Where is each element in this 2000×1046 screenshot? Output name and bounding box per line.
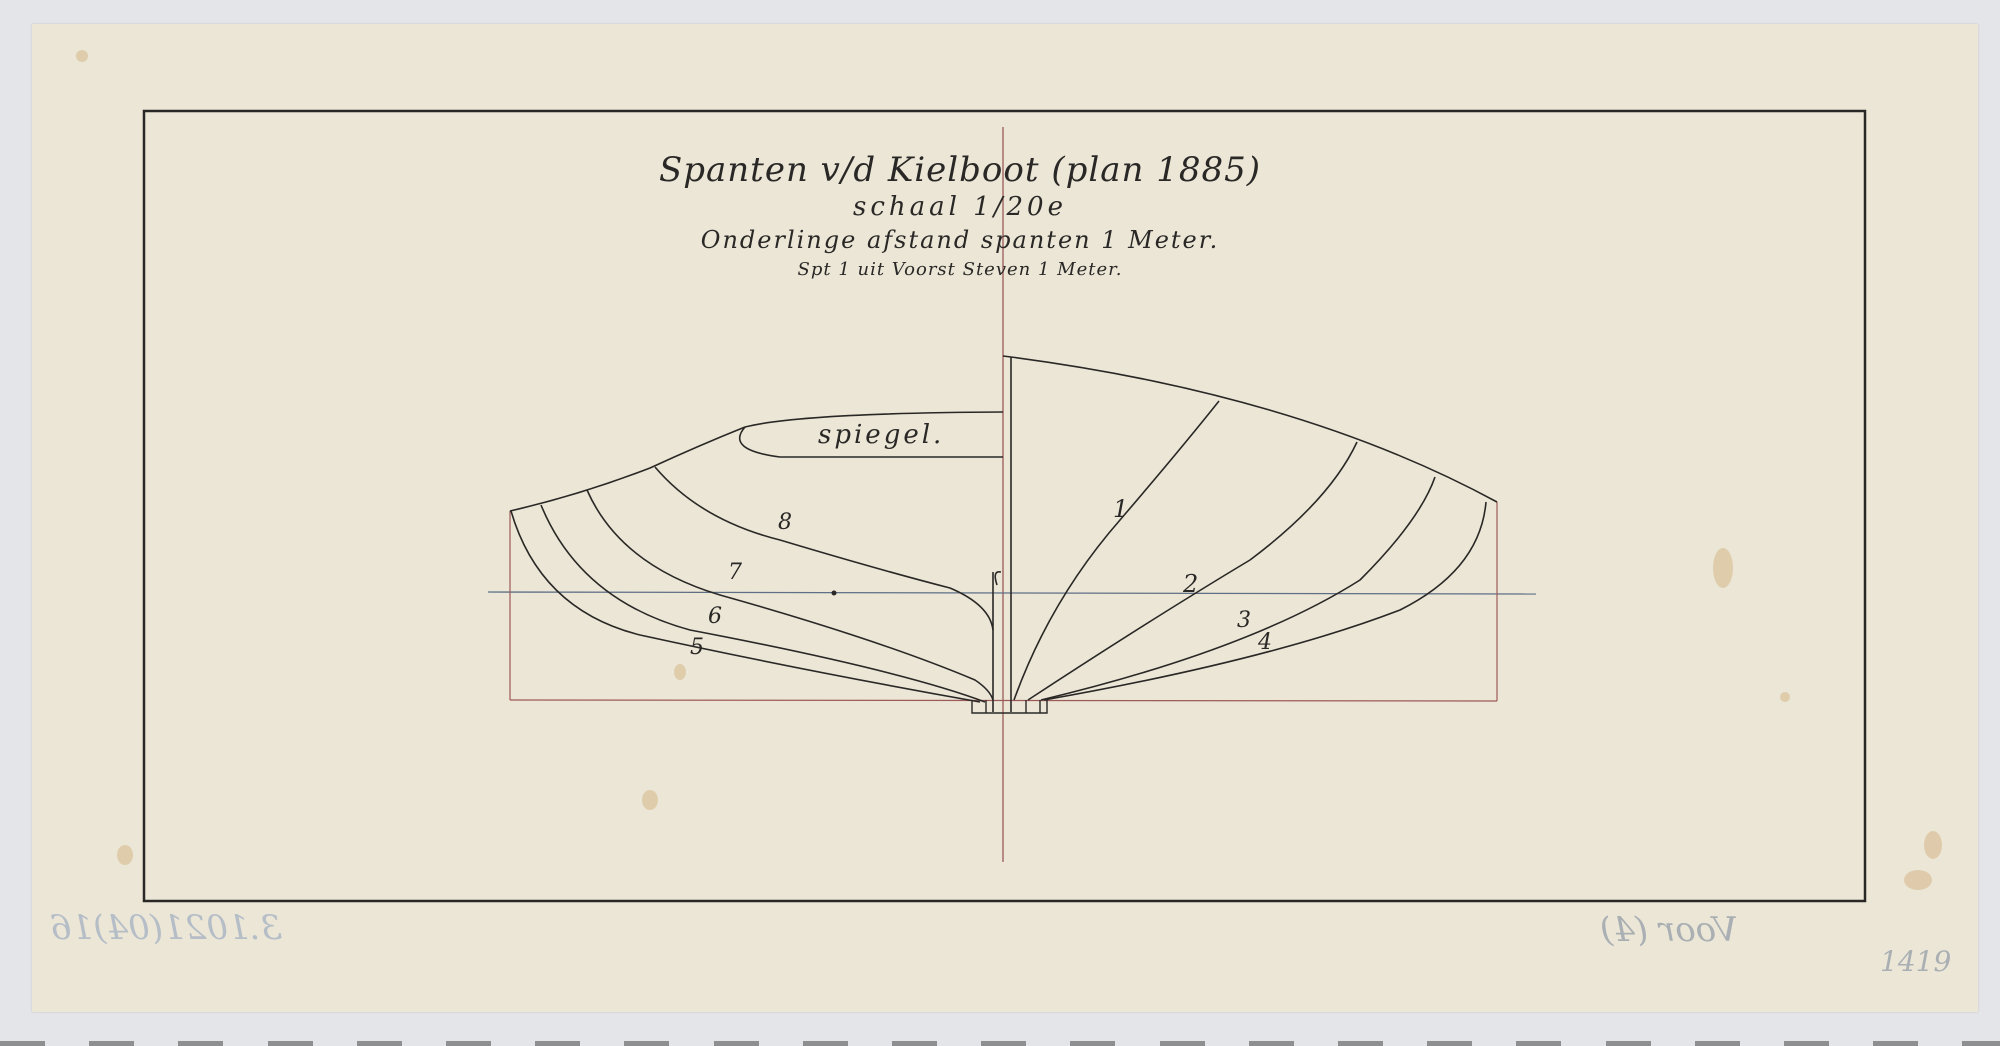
scale-dash: [178, 1041, 223, 1046]
scale-dash: [1695, 1041, 1740, 1046]
scale-dash: [0, 1041, 45, 1046]
transom-label: spiegel.: [818, 420, 944, 450]
scale-dash: [1962, 1041, 2000, 1046]
scale-dash: [1160, 1041, 1205, 1046]
frame-label-8: 8: [778, 510, 792, 535]
stem-posts: [993, 356, 1011, 712]
fore-frames: [1014, 401, 1486, 700]
scale-dash: [1784, 1041, 1829, 1046]
scale-dash: [1427, 1041, 1472, 1046]
frame-8: [655, 467, 993, 630]
frame-label-7: 7: [728, 560, 742, 585]
scale-dash: [1606, 1041, 1651, 1046]
frame-label-5: 5: [690, 635, 704, 660]
ink-dot: [832, 591, 837, 596]
drawing-title: Spanten v/d Kielboot (plan 1885): [640, 150, 1280, 190]
title-block: Spanten v/d Kielboot (plan 1885) schaal …: [640, 150, 1280, 284]
scale-dash: [357, 1041, 402, 1046]
scale-note: schaal 1/20e: [640, 190, 1280, 224]
scale-dash: [1873, 1041, 1918, 1046]
waterline: [488, 592, 1536, 594]
pencil-note-bottom-center: Voor (4): [1600, 910, 1738, 950]
scale-dash: [1249, 1041, 1294, 1046]
fore-sheer-line: [1011, 357, 1497, 502]
scale-dash: [981, 1041, 1026, 1046]
pencil-note-bottom-right: 1419: [1880, 945, 1951, 978]
frame-spacing-note: Onderlinge afstand spanten 1 Meter.: [640, 224, 1280, 256]
frame-3: [1041, 477, 1435, 700]
frame-label-1: 1: [1113, 495, 1128, 523]
scale-dash: [1338, 1041, 1383, 1046]
scale-dash: [446, 1041, 491, 1046]
frame-label-3: 3: [1237, 608, 1251, 633]
scale-dash: [1516, 1041, 1561, 1046]
frame-1: [1014, 401, 1219, 700]
aft-sheer-line: [510, 427, 745, 511]
scale-dash: [268, 1041, 313, 1046]
mirrored-note-text: Voor (4): [1600, 910, 1738, 950]
frame-1-note: Spt 1 uit Voorst Steven 1 Meter.: [640, 256, 1280, 284]
frame-label-6: 6: [708, 604, 722, 629]
scale-dash: [892, 1041, 937, 1046]
scale-dash: [803, 1041, 848, 1046]
scale-dash: [624, 1041, 669, 1046]
frame-5: [511, 511, 980, 702]
frame-label-4: 4: [1258, 630, 1272, 655]
scale-dash: [1070, 1041, 1115, 1046]
scale-dash: [89, 1041, 134, 1046]
scale-dash: [714, 1041, 759, 1046]
aft-frames: [511, 467, 993, 702]
scale-dash: [535, 1041, 580, 1046]
mirrored-reference-text: 3.1021(04)16: [50, 908, 282, 948]
pencil-note-bottom-left: 3.1021(04)16: [50, 908, 282, 948]
scale-strip: [0, 1041, 2000, 1046]
frame-label-2: 2: [1183, 570, 1198, 598]
